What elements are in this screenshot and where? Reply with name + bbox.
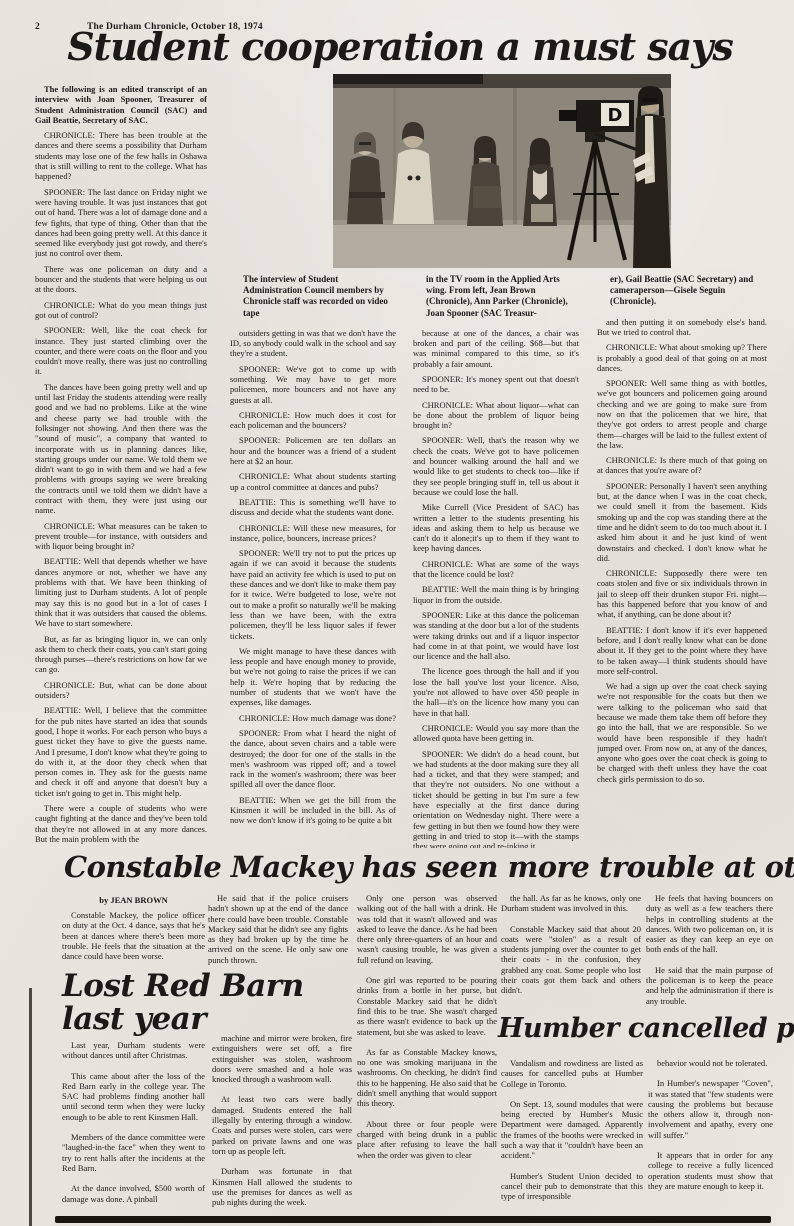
- lead-column-2: The interview of Student Administration …: [230, 274, 396, 848]
- paragraph: We had a sign up over the coat check say…: [597, 681, 767, 784]
- mackey-byline: by JEAN BROWN: [62, 895, 205, 905]
- paragraph: It appears that in order for any college…: [648, 1150, 773, 1191]
- paragraph: Durham was fortunate in that Kinsmen Hal…: [212, 1166, 352, 1207]
- paragraph: because at one of the dances, a chair wa…: [413, 328, 579, 369]
- paragraph: BEATTIE: Well, I believe that the commit…: [35, 705, 207, 798]
- paragraph: He said that if the police cruisers hadn…: [208, 893, 348, 965]
- scan-artifact-bottom-bar: [55, 1216, 771, 1223]
- paragraph: BEATTIE: I don't know if it's ever happe…: [597, 625, 767, 676]
- paragraph: CHRONICLE: How much damage was done?: [230, 713, 396, 723]
- paragraph: There were a couple of students who were…: [35, 803, 207, 844]
- paragraph: BEATTIE: When we get the bill from the K…: [230, 795, 396, 826]
- paragraph: SPOONER: We didn't do a head count, but …: [413, 749, 579, 849]
- paragraph: Vandalism and rowdiness are listed as ca…: [501, 1058, 643, 1089]
- svg-text:D: D: [608, 105, 623, 126]
- paragraph: SPOONER: Well same thing as with bottles…: [597, 378, 767, 450]
- paragraph: There was one policeman on duty and a bo…: [35, 264, 207, 295]
- interview-photo: D: [333, 74, 671, 268]
- paragraph: He feels that having bouncers on duty as…: [646, 893, 773, 955]
- paragraph: SPOONER: Like at this dance the policema…: [413, 610, 579, 661]
- paragraph: SPOONER: We'll try not to put the prices…: [230, 548, 396, 641]
- newspaper-page: 2The Durham Chronicle, October 18, 1974 …: [0, 0, 794, 1226]
- paragraph: In Humber's newspaper "Coven", it was st…: [648, 1078, 773, 1140]
- paragraph: CHRONICLE: Is there much of that going o…: [597, 455, 767, 476]
- paragraph: CHRONICLE: What do you mean things just …: [35, 300, 207, 321]
- paragraph: This came about after the loss of the Re…: [62, 1071, 205, 1122]
- paragraph: machine and mirror were broken, fire ext…: [212, 1033, 352, 1084]
- redbarn-column-1: Last year, Durham students were without …: [62, 1040, 205, 1226]
- paragraph: CHRONICLE: What about smoking up? There …: [597, 342, 767, 373]
- paragraph: SPOONER: Personally I haven't seen anyth…: [597, 481, 767, 563]
- paragraph: CHRONICLE: But, what can be done about o…: [35, 680, 207, 701]
- paragraph: BEATTIE: Well the main thing is by bring…: [413, 584, 579, 605]
- paragraph: SPOONER: We've got to come up with somet…: [230, 364, 396, 405]
- photo-caption-segment: in the TV room in the Applied Arts wing.…: [413, 274, 579, 319]
- paragraph: The dances have been going pretty well a…: [35, 382, 207, 516]
- scan-artifact-left-line: [29, 988, 32, 1226]
- photo-caption-segment: The interview of Student Administration …: [230, 274, 396, 319]
- paragraph: CHRONICLE: What are some of the ways tha…: [413, 559, 579, 580]
- lead-column-1: The following is an edited transcript of…: [35, 84, 207, 848]
- paragraph: Mike Currell (Vice President of SAC) has…: [413, 502, 579, 553]
- mackey-column-5: He feels that having bouncers on duty as…: [646, 893, 773, 1011]
- paragraph: CHRONICLE: What measures can be taken to…: [35, 521, 207, 552]
- humber-column-2: behavior would not be tolerated.In Humbe…: [648, 1058, 773, 1226]
- paragraph: CHRONICLE: Would you say more than the a…: [413, 723, 579, 744]
- paragraph: About three or four people were charged …: [357, 1119, 497, 1160]
- paragraph: The licence goes through the hall and if…: [413, 666, 579, 717]
- paragraph: As far as Constable Mackey knows, no one…: [357, 1047, 497, 1109]
- paragraph: BEATTIE: Well that depends whether we ha…: [35, 556, 207, 628]
- lead-column-3: in the TV room in the Applied Arts wing.…: [413, 274, 579, 848]
- paragraph: BEATTIE: This is something we'll have to…: [230, 497, 396, 518]
- mackey-column-4: the hall. As far as he knows, only one D…: [501, 893, 641, 1015]
- paragraph: SPOONER: Well, like the coat check for i…: [35, 325, 207, 376]
- paragraph: We might manage to have these dances wit…: [230, 646, 396, 708]
- paragraph: On Sept. 13, sound modules that were bei…: [501, 1099, 643, 1161]
- paragraph: At least two cars were badly damaged. St…: [212, 1094, 352, 1156]
- paragraph: Members of the dance committee were "lau…: [62, 1132, 205, 1173]
- paragraph: SPOONER: From what I heard the night of …: [230, 728, 396, 790]
- photo-caption-segment: er), Gail Beattie (SAC Secretary) and ca…: [597, 274, 767, 308]
- paragraph: Constable Mackey said that about 20 coat…: [501, 924, 641, 996]
- paragraph: The following is an edited transcript of…: [35, 84, 207, 125]
- paragraph: SPOONER: Policemen are ten dollars an ho…: [230, 435, 396, 466]
- redbarn-column-2: machine and mirror were broken, fire ext…: [212, 1033, 352, 1226]
- paragraph: the hall. As far as he knows, only one D…: [501, 893, 641, 914]
- lead-column-4: er), Gail Beattie (SAC Secretary) and ca…: [597, 274, 767, 848]
- paragraph: CHRONICLE: There has been trouble at the…: [35, 130, 207, 181]
- humber-column-1: Vandalism and rowdiness are listed as ca…: [501, 1058, 643, 1226]
- paragraph: At the dance involved, $500 worth of dam…: [62, 1183, 205, 1204]
- paragraph: Only one person was observed walking out…: [357, 893, 497, 965]
- mackey-headline: Constable Mackey has seen more trouble a…: [64, 850, 779, 884]
- paragraph: CHRONICLE: Supposedly there were ten coa…: [597, 568, 767, 619]
- paragraph: and then putting it on somebody else's h…: [597, 317, 767, 338]
- paragraph: SPOONER: It's money spent out that doesn…: [413, 374, 579, 395]
- redbarn-headline: Lost Red Barn last year: [62, 970, 362, 1036]
- paragraph: SPOONER: Well, that's the reason why we …: [413, 435, 579, 497]
- humber-headline: Humber cancelled pubs: [498, 1014, 788, 1044]
- paragraph: behavior would not be tolerated.: [648, 1058, 773, 1068]
- paragraph: One girl was reported to be pouring drin…: [357, 975, 497, 1037]
- paragraph: Last year, Durham students were without …: [62, 1040, 205, 1061]
- paragraph: CHRONICLE: Will these new measures, for …: [230, 523, 396, 544]
- paragraph: outsiders getting in was that we don't h…: [230, 328, 396, 359]
- paragraph: He said that the main purpose of the pol…: [646, 965, 773, 1006]
- paragraph: CHRONICLE: What about liquor—what can be…: [413, 400, 579, 431]
- interview-photo-graphic: D: [333, 74, 671, 268]
- paragraph: CHRONICLE: What about students starting …: [230, 471, 396, 492]
- paragraph: But, as far as bringing liquor in, we ca…: [35, 634, 207, 675]
- paragraph: SPOONER: The last dance on Friday night …: [35, 187, 207, 259]
- paragraph: CHRONICLE: How much does it cost for eac…: [230, 410, 396, 431]
- mackey-column-3: Only one person was observed walking out…: [357, 893, 497, 1226]
- paragraph: Humber's Student Union decided to cancel…: [501, 1171, 643, 1202]
- paragraph: Constable Mackey, the police officer on …: [62, 910, 205, 961]
